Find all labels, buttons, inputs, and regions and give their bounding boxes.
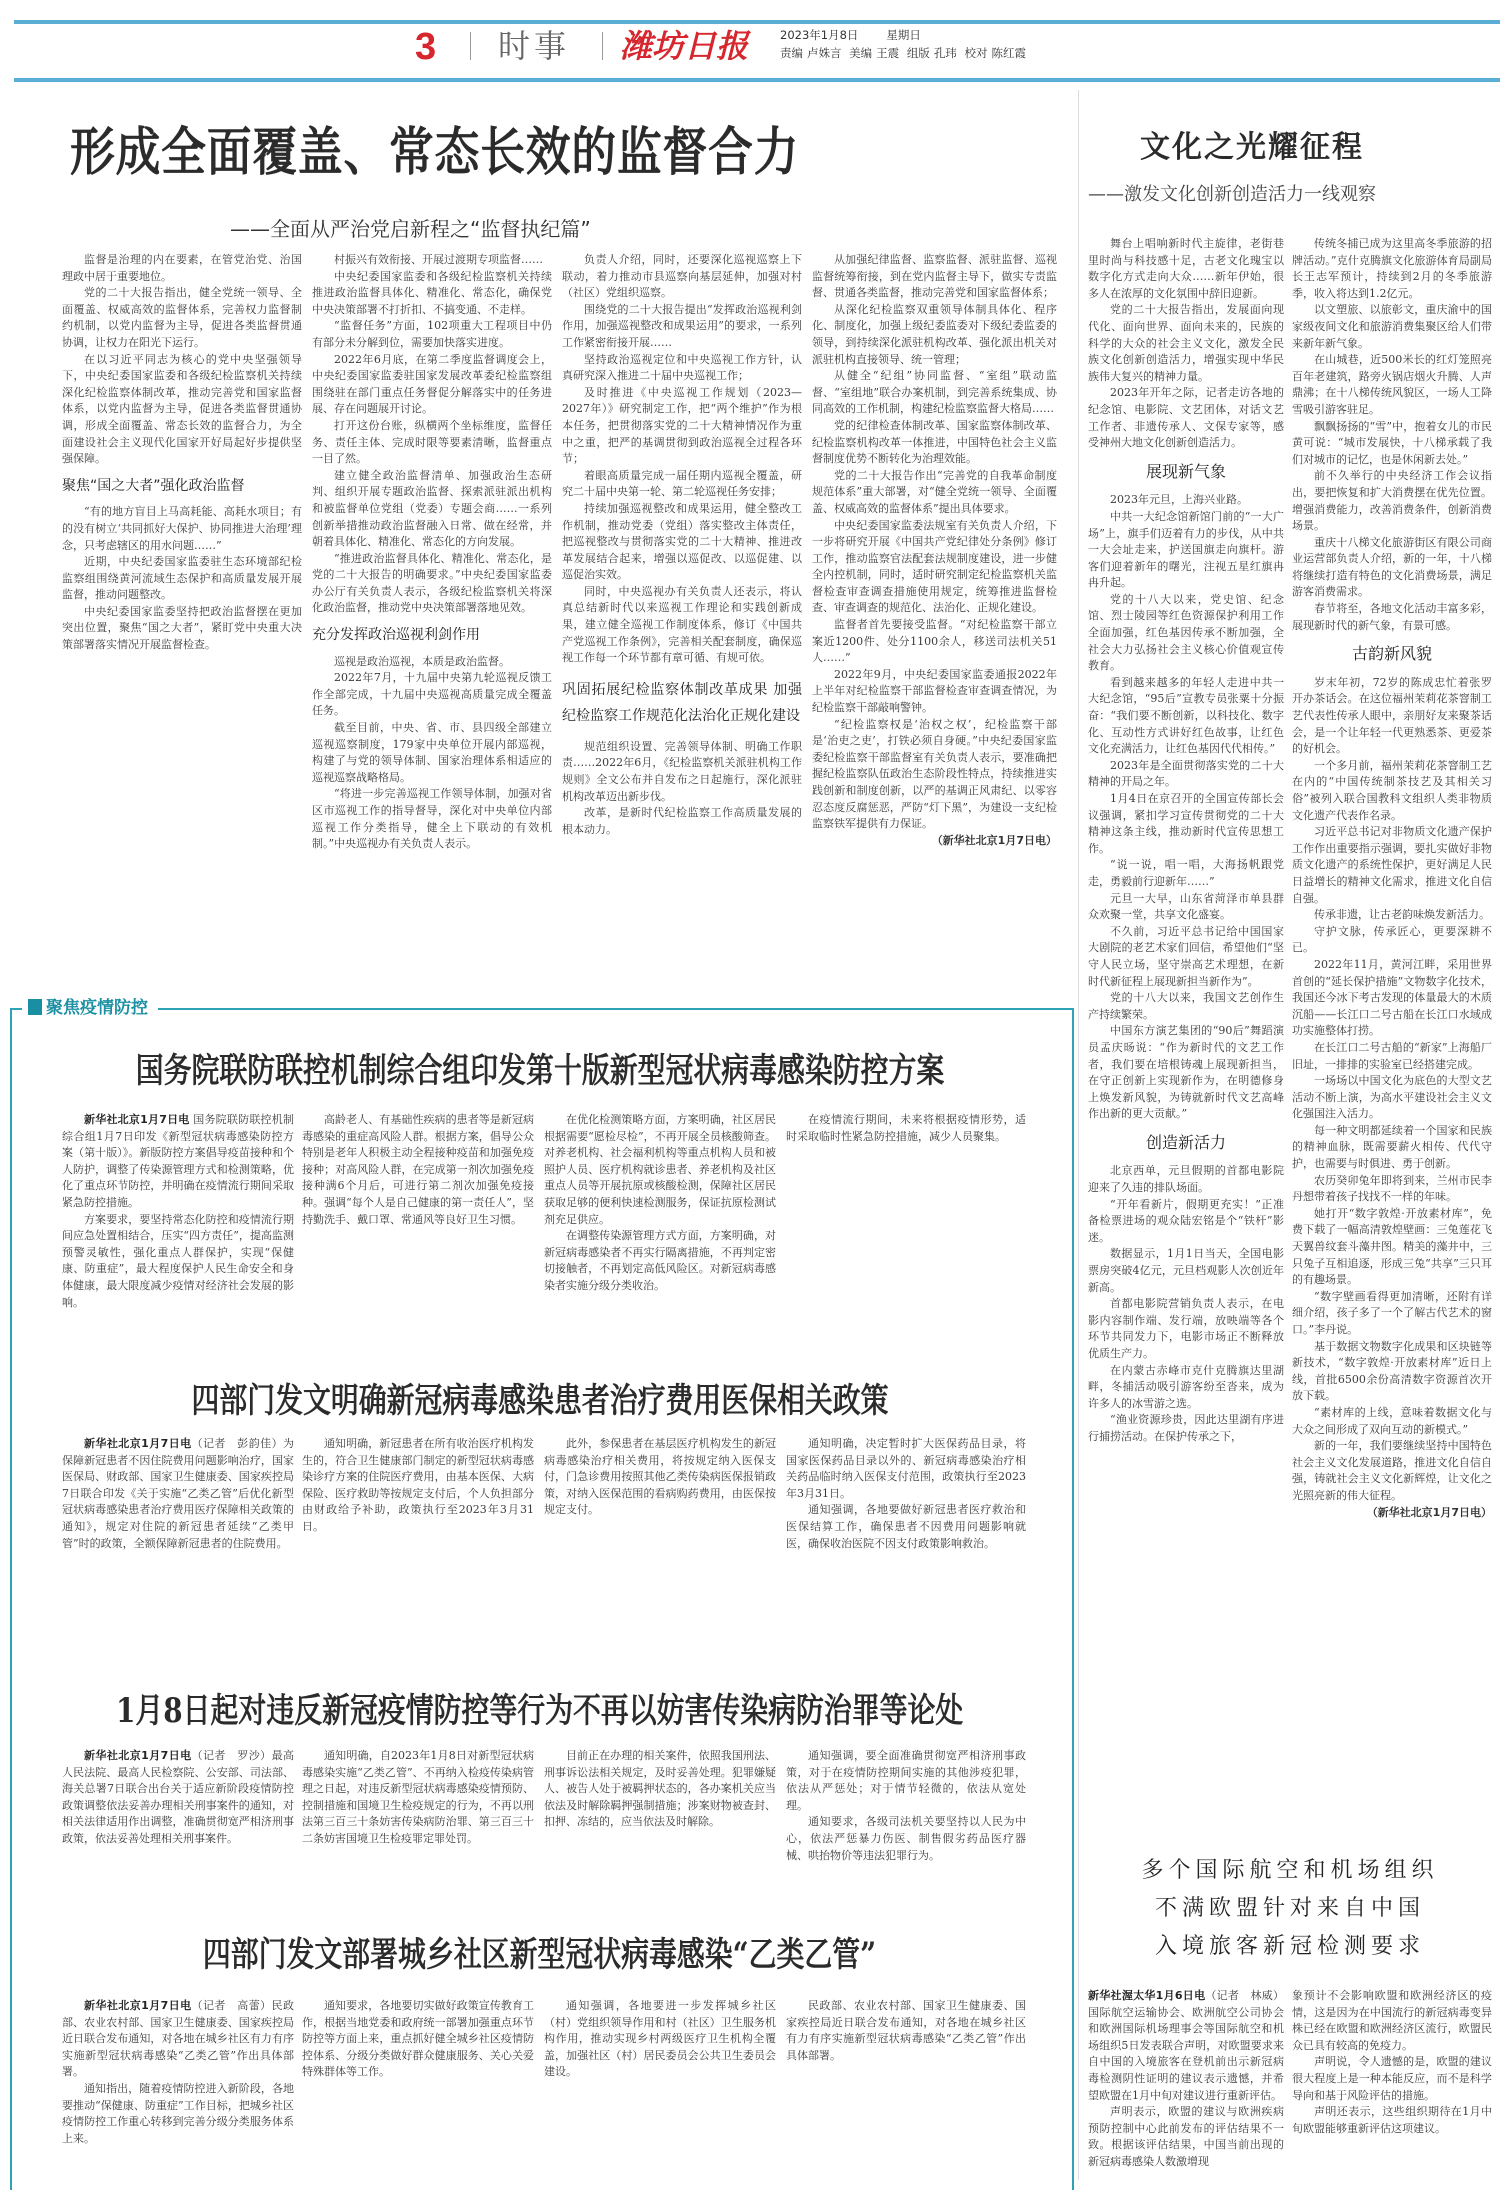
paragraph: 高龄老人、有基础性疾病的患者等是新冠病毒感染的重症高风险人群。根据方案，倡导公众… bbox=[302, 1112, 534, 1228]
masthead: 3 时事 潍坊日报 2023年1月8日星期日 责编卢姝言 美编王震 组版孔玮 校… bbox=[0, 26, 1500, 66]
staff-role: 责编 bbox=[780, 46, 803, 60]
dateline: 新华社北京1月7日电 bbox=[84, 1999, 192, 2012]
focus-article-1-col: 新华社北京1月7日电 国务院联防联控机制综合组1月7日印发《新型冠状病毒感染防控… bbox=[62, 1112, 294, 1362]
headline-text: 四部门发文明确新冠病毒感染患者治疗费用医保相关政策 bbox=[192, 1378, 889, 1424]
section-heading: 展现新气象 bbox=[1088, 464, 1284, 481]
reporter: （记者 高蕾） bbox=[192, 1999, 272, 2012]
divider bbox=[470, 32, 471, 60]
paragraph: “渔业资源珍贵，因此达里湖有序进行捕捞活动。在保护传承之下， bbox=[1088, 1412, 1284, 1445]
paragraph: 中国东方演艺集团的“90后”舞蹈演员孟庆旸说：“作为新时代的文艺工作者，我们要在… bbox=[1088, 1023, 1284, 1123]
paragraph: 打开这份台账，纵横两个坐标维度，监督任务、责任主体、完成时限等要素清晰，监督重点… bbox=[312, 418, 552, 468]
paragraph: 中央纪委国家监委坚持把政治监督摆在更加突出位置，聚焦“国之大者”，紧盯党中央重大… bbox=[62, 604, 302, 654]
paragraph: 通知要求，各级司法机关要坚持以人民为中心，依法严惩暴力伤医、制售假劣药品医疗器械… bbox=[786, 1814, 1026, 1864]
paragraph: 象预计不会影响欧盟和欧洲经济区的疫情，这是因为在中国流行的新冠病毒变异株已经在欧… bbox=[1292, 1988, 1492, 2054]
paragraph: 负责人介绍，同时，还要深化巡视巡察上下联动，着力推动市县巡察向基层延伸，加强对村… bbox=[562, 252, 802, 302]
focus-article-1-col: 高龄老人、有基础性疾病的患者等是新冠病毒感染的重症高风险人群。根据方案，倡导公众… bbox=[302, 1112, 534, 1362]
paragraph: 及时推进《中央巡视工作规划（2023—2027年）》研究制定工作，把“两个维护”… bbox=[562, 385, 802, 468]
staff-role: 校对 bbox=[964, 46, 987, 60]
focus-section-label: 聚焦疫情防控 bbox=[22, 996, 158, 1020]
paragraph: 在调整传染源管理方式方面，方案明确，对新冠病毒感染者不再实行隔离措施，不再判定密… bbox=[544, 1228, 776, 1294]
paragraph: 此外，参保患者在基层医疗机构发生的新冠病毒感染治疗相关费用，将按规定纳入医保支付… bbox=[544, 1436, 776, 1519]
focus-article-3-col: 通知明确，自2023年1月8日对新型冠状病毒感染实施“乙类乙管”、不再纳入检疫传… bbox=[302, 1748, 534, 1898]
dateline: 新华社北京1月7日电 bbox=[84, 1437, 192, 1450]
top-rule bbox=[14, 20, 1500, 24]
paragraph: “监督任务”方面，102项重大工程项目中仍有部分未分解到位，需要加快落实进度。 bbox=[312, 318, 552, 351]
focus-article-3-headline: 1月8日起对违反新冠疫情防控等行为不再以妨害传染病防治罪等论处 bbox=[20, 1688, 1060, 1734]
page-number: 3 bbox=[415, 26, 436, 68]
paragraph: 通知明确，新冠患者在所有收治医疗机构发生的，符合卫生健康部门制定的新型冠状病毒感… bbox=[302, 1436, 534, 1536]
paragraph: 中共一大纪念馆新馆门前的“一大广场”上，旗手们迈着有力的步伐，从中共一大会址走来… bbox=[1088, 509, 1284, 592]
paragraph: 2022年6月底，在第二季度监督调度会上，中央纪委国家监委驻国家发展改革委纪检监… bbox=[312, 352, 552, 418]
paragraph: 以文塑旅、以旅彰文，重庆渝中的国家级夜间文化和旅游消费集聚区给人们带来新年新气象… bbox=[1292, 302, 1492, 352]
paragraph: 党的十八大以来，党史馆、纪念馆、烈士陵园等红色资源保护利用工作全面加强，红色基因… bbox=[1088, 592, 1284, 675]
lead-headline: 形成全面覆盖、常态长效的监督合力 bbox=[70, 118, 799, 188]
paragraph: 监督是治理的内在要素，在管党治党、治国理政中居于重要地位。 bbox=[62, 252, 302, 285]
headline-line: 不满欧盟针对来自中国 bbox=[1090, 1890, 1490, 1928]
paragraph: 重庆十八梯文化旅游街区有限公司商业运营部负责人介绍，新的一年，十八梯将继续打造有… bbox=[1292, 535, 1492, 601]
focus-article-3-col: 通知强调，要全面准确贯彻宽严相济刑事政策，对于在疫情防控期间实施的其他涉疫犯罪，… bbox=[786, 1748, 1026, 1898]
paragraph: 2023年是全面贯彻落实党的二十大精神的开局之年。 bbox=[1088, 758, 1284, 791]
paragraph: 通知强调，各地要进一步发挥城乡社区（村）党组织领导作用和村（社区）卫生服务机构作… bbox=[544, 1998, 776, 2081]
paragraph: 截至目前，中央、省、市、县四级全部建立巡视巡察制度，179家中央单位开展内部巡视… bbox=[312, 720, 552, 786]
dateline: 新华社渥太华1月6日电 bbox=[1088, 1989, 1205, 2002]
paragraph: 监督者首先要接受监督。“对纪检监察干部立案近1200件、处分1100余人，移送司… bbox=[812, 617, 1057, 667]
section-heading: 充分发挥政治巡视利剑作用 bbox=[312, 627, 552, 644]
divider bbox=[602, 32, 603, 60]
paragraph: 数据显示，1月1日当天，全国电影票房突破4亿元，元旦档观影人次创近年新高。 bbox=[1088, 1246, 1284, 1296]
paragraph: 党的二十大报告指出，发展面向现代化、面向世界、面向未来的，民族的科学的大众的社会… bbox=[1088, 302, 1284, 385]
paragraph: 传统冬捕已成为这里高冬季旅游的招牌活动。”克什克腾旗文化旅游体育局副局长王志军预… bbox=[1292, 236, 1492, 302]
paragraph: 新的一年，我们要继续坚持中国特色社会主义文化发展道路，推进文化自信自强，铸就社会… bbox=[1292, 1438, 1492, 1504]
lead-column-2: 村振兴有效衔接、开展过渡期专项监督…… 中央纪委国家监委和各级纪检监察机关持续推… bbox=[312, 252, 552, 972]
paragraph: 基于数据文物数字化成果和区块链等新技术，“数字敦煌·开放素材库”近日上线，首批6… bbox=[1292, 1339, 1492, 1405]
paragraph: 飘飘扬扬的“雪”中，抱着女儿的市民黄可说：“城市发展快，十八梯承载了我们对城市的… bbox=[1292, 419, 1492, 469]
square-bullet-icon bbox=[28, 999, 42, 1015]
lead-column-1: 监督是治理的内在要素，在管党治党、治国理政中居于重要地位。 党的二十大报告指出，… bbox=[62, 252, 302, 972]
intl-headline: 多个国际航空和机场组织 不满欧盟针对来自中国 入境旅客新冠检测要求 bbox=[1090, 1852, 1490, 1966]
dateline: 新华社北京1月7日电 bbox=[84, 1113, 190, 1126]
focus-article-3-col: 新华社北京1月7日电（记者 罗沙）最高人民法院、最高人民检察院、公安部、司法部、… bbox=[62, 1748, 294, 1898]
paragraph: 在山城巷，近500米长的红灯笼照亮百年老建筑，路旁火锅店烟火升腾、人声鼎沸；在十… bbox=[1292, 352, 1492, 418]
paragraph: “素材库的上线，意味着数据文化与大众之间形成了双向互动的新模式。” bbox=[1292, 1405, 1492, 1438]
section-heading: 巩固拓展纪检监察体制改革成果 加强纪检监察工作规范化法治化正规化建设 bbox=[562, 677, 802, 729]
paragraph: 为保障新冠患者不因住院费用问题影响治疗，国家医保局、财政部、国家卫生健康委、国家… bbox=[62, 1437, 294, 1550]
staff-name: 卢姝言 bbox=[807, 46, 842, 60]
column-divider bbox=[1078, 90, 1079, 2180]
culture-column-2: 传统冬捕已成为这里高冬季旅游的招牌活动。”克什克腾旗文化旅游体育局副局长王志军预… bbox=[1292, 236, 1492, 1836]
paragraph: 近期，中央纪委国家监委驻生态环境部纪检监察组围绕黄河流域生态保护和高质量发展开展… bbox=[62, 554, 302, 604]
focus-article-2-col: 此外，参保患者在基层医疗机构发生的新冠病毒感染治疗相关费用，将按规定纳入医保支付… bbox=[544, 1436, 776, 1651]
paragraph: 同时，中央巡视办有关负责人还表示，将认真总结新时代以来巡视工作理论和实践创新成果… bbox=[562, 584, 802, 667]
paragraph: 持续加强巡视整改和成果运用，健全整改工作机制，推动党委（党组）落实整改主体责任，… bbox=[562, 501, 802, 584]
paper-logo: 潍坊日报 bbox=[620, 26, 748, 66]
paragraph: 2022年9月，中央纪委国家监委通报2022年上半年对纪检监察干部监督检查审查调… bbox=[812, 667, 1057, 717]
paragraph: 规范组织设置、完善领导体制、明确工作职责……2022年6月，《纪检监察机关派驻机… bbox=[562, 739, 802, 805]
paragraph: 民政部、农业农村部、国家卫生健康委、国家疾控局近日联合发布通知，对各地在城乡社区… bbox=[786, 1998, 1026, 2064]
paragraph: “有的地方盲目上马高耗能、高耗水项目；有的没有树立‘共同抓好大保护、协同推进大治… bbox=[62, 504, 302, 554]
focus-article-4-col: 民政部、农业农村部、国家卫生健康委、国家疾控局近日联合发布通知，对各地在城乡社区… bbox=[786, 1998, 1026, 2188]
paragraph: 中央纪委国家监委和各级纪检监察机关持续推进政治监督具体化、精准化、常态化，确保党… bbox=[312, 269, 552, 319]
paragraph: 最高人民法院、最高人民检察院、公安部、司法部、海关总署7日联合出台关于适应新阶段… bbox=[62, 1749, 294, 1845]
paragraph: 方案要求，要坚持常态化防控和疫情流行期间应急处置相结合，压实“四方责任”，提高监… bbox=[62, 1212, 294, 1312]
masthead-bottom-rule bbox=[14, 78, 1500, 82]
section-heading: 创造新活力 bbox=[1088, 1135, 1284, 1152]
paragraph: 习近平总书记对非物质文化遗产保护工作作出重要指示强调，要扎实做好非物质文化遗产的… bbox=[1292, 824, 1492, 907]
paragraph: 农历癸卯兔年即将到来，兰州市民李丹想带着孩子找找不一样的年味。 bbox=[1292, 1173, 1492, 1206]
paragraph: 春节将至，各地文化活动丰富多彩，展现新时代的新气象，有景可感。 bbox=[1292, 601, 1492, 634]
focus-article-1-col: 在优化检测策略方面，方案明确，社区居民根据需要“愿检尽检”，不再开展全员核酸筛查… bbox=[544, 1112, 776, 1362]
paragraph: 在长江口二号古船的“新家”上海船厂旧址，一排排的实验室已经搭建完成。 bbox=[1292, 1040, 1492, 1073]
focus-article-4-col: 通知要求，各地要切实做好政策宣传教育工作，根据当地党委和政府统一部署加强重点环节… bbox=[302, 1998, 534, 2188]
paragraph: “开年看新片，假期更充实！”正准备检票进场的观众陆宏铭是个“铁杆”影迷。 bbox=[1088, 1197, 1284, 1247]
paragraph: 中央纪委国家监委法规室有关负责人介绍，下一步将研究开展《中国共产党纪律处分条例》… bbox=[812, 518, 1057, 618]
paragraph: 声明表示，欧盟的建议与欧洲疾病预防控制中心此前发布的评估结果不一致。根据该评估结… bbox=[1088, 2104, 1284, 2170]
paragraph: “推进政治监督具体化、精准化、常态化，是党的二十大报告的明确要求。”中央纪委国家… bbox=[312, 551, 552, 617]
paragraph: 在疫情流行期间，未来将根据疫情形势，适时采取临时性紧急防控措施，减少人员聚集。 bbox=[786, 1112, 1026, 1145]
focus-article-4-headline: 四部门发文部署城乡社区新型冠状病毒感染“乙类乙管” bbox=[20, 1932, 1060, 1978]
paragraph: 从加强纪律监督、监察监督、派驻监督、巡视监督统筹衔接，到在党内监督主导下，做实专… bbox=[812, 252, 1057, 302]
paragraph: 村振兴有效衔接、开展过渡期专项监督…… bbox=[312, 252, 552, 269]
headline-line: 入境旅客新冠检测要求 bbox=[1090, 1928, 1490, 1966]
focus-article-3-col: 目前正在办理的相关案件，依照我国刑法、刑事诉讼法相关规定，及时妥善处理。犯罪嫌疑… bbox=[544, 1748, 776, 1898]
paragraph: 2023年元旦，上海兴业路。 bbox=[1088, 492, 1284, 509]
paragraph: 党的纪律检查体制改革、国家监察体制改革、纪检监察机构改革一体推进，中国特色社会主… bbox=[812, 418, 1057, 468]
lead-column-4: 从加强纪律监督、监察监督、派驻监督、巡视监督统筹衔接，到在党内监督主导下，做实专… bbox=[812, 252, 1057, 977]
lead-column-3: 负责人介绍，同时，还要深化巡视巡察上下联动，着力推动市县巡察向基层延伸，加强对村… bbox=[562, 252, 802, 972]
dateline: 新华社北京1月7日电 bbox=[84, 1749, 192, 1762]
paragraph: 舞台上唱响新时代主旋律，老街巷里时尚与科技感十足，古老文化瑰宝以数字化方式走向大… bbox=[1088, 236, 1284, 302]
staff-role: 组版 bbox=[907, 46, 930, 60]
focus-article-4-col: 通知强调，各地要进一步发挥城乡社区（村）党组织领导作用和村（社区）卫生服务机构作… bbox=[544, 1998, 776, 2188]
paragraph: 2022年7月，十九届中央第九轮巡视反馈工作全部完成，十九届中央巡视高质量完成全… bbox=[312, 670, 552, 720]
paragraph: 着眼高质量完成一届任期内巡视全覆盖，研究二十届中央第一轮、第二轮巡视任务安排； bbox=[562, 468, 802, 501]
culture-subhead: ——激发文化创新创造活力一线观察 bbox=[1088, 182, 1376, 208]
paragraph: 元旦一大早，山东省菏泽市单县群众欢聚一堂，共享文化盛宴。 bbox=[1088, 891, 1284, 924]
intl-column-1: 新华社渥太华1月6日电（记者 林威）国际航空运输协会、欧洲航空公司协会和欧洲国际… bbox=[1088, 1988, 1284, 2188]
paragraph: 不久前，习近平总书记给中国国家大剧院的老艺术家们回信，希望他们“坚守人民立场，坚… bbox=[1088, 924, 1284, 990]
section-name: 时事 bbox=[498, 28, 570, 64]
paragraph: 通知要求，各地要切实做好政策宣传教育工作，根据当地党委和政府统一部署加强重点环节… bbox=[302, 1998, 534, 2081]
paragraph: 北京西单，元旦假期的首都电影院迎来了久违的排队场面。 bbox=[1088, 1163, 1284, 1196]
focus-label-text: 聚焦疫情防控 bbox=[46, 998, 148, 1018]
article-credit: （新华社北京1月7日电） bbox=[1292, 1505, 1492, 1522]
paragraph: 国际航空运输协会、欧洲航空公司协会和欧洲国际机场理事会等国际航空和机场组织5日发… bbox=[1088, 2006, 1284, 2102]
paragraph: 从健全“纪组”协同监督、“室组”联动监督、“室组地”联合办案机制，到完善系统集成… bbox=[812, 368, 1057, 418]
paragraph: 通知指出，随着疫情防控进入新阶段，各地要推动“保健康、防重症”工作目标，把城乡社… bbox=[62, 2081, 294, 2147]
paragraph: 在优化检测策略方面，方案明确，社区居民根据需要“愿检尽检”，不再开展全员核酸筛查… bbox=[544, 1112, 776, 1228]
paragraph: 通知强调，要全面准确贯彻宽严相济刑事政策，对于在疫情防控期间实施的其他涉疫犯罪，… bbox=[786, 1748, 1026, 1814]
paragraph: 巡视是政治巡视，本质是政治监督。 bbox=[312, 654, 552, 671]
section-heading: 聚焦“国之大者”强化政治监督 bbox=[62, 478, 302, 495]
staff-role: 美编 bbox=[849, 46, 872, 60]
headline-text: 1月8日起对违反新冠疫情防控等行为不再以妨害传染病防治罪等论处 bbox=[116, 1688, 963, 1734]
paragraph: 2023年开年之际，记者走访各地的纪念馆、电影院、文艺团体，对话文艺工作者、非遗… bbox=[1088, 385, 1284, 451]
paragraph: “说一说，唱一唱，大海扬帆跟党走，勇毅前行迎新年……” bbox=[1088, 857, 1284, 890]
staff-name: 王震 bbox=[876, 46, 899, 60]
paragraph: 坚持政治巡视定位和中央巡视工作方针，认真研究深入推进二十届中央巡视工作； bbox=[562, 352, 802, 385]
paragraph: 声明说，令人遗憾的是，欧盟的建议很大程度上是一种本能反应，而不是科学导向和基于风… bbox=[1292, 2054, 1492, 2104]
headline-text: 国务院联防联控机制综合组印发第十版新型冠状病毒感染防控方案 bbox=[136, 1048, 945, 1094]
reporter: （记者 彭韵佳） bbox=[192, 1437, 283, 1450]
focus-article-2-col: 新华社北京1月7日电（记者 彭韵佳）为保障新冠患者不因住院费用问题影响治疗，国家… bbox=[62, 1436, 294, 1651]
paragraph: 国务院联防联控机制综合组1月7日印发《新型冠状病毒感染防控方案（第十版）》。新版… bbox=[62, 1113, 294, 1209]
focus-article-2-col: 通知明确，新冠患者在所有收治医疗机构发生的，符合卫生健康部门制定的新型冠状病毒感… bbox=[302, 1436, 534, 1651]
lead-subhead: ——全面从严治党启新程之“监督执纪篇” bbox=[230, 215, 591, 243]
paragraph: 围绕党的二十大报告提出“发挥政治巡视利剑作用，加强巡视整改和成果运用”的要求，一… bbox=[562, 302, 802, 352]
culture-headline: 文化之光耀征程 bbox=[1140, 128, 1364, 168]
paragraph: 每一种文明都延续着一个国家和民族的精神血脉，既需要薪火相传、代代守护，也需要与时… bbox=[1292, 1123, 1492, 1173]
article-credit: （新华社北京1月7日电） bbox=[812, 833, 1057, 850]
paragraph: 目前正在办理的相关案件，依照我国刑法、刑事诉讼法相关规定，及时妥善处理。犯罪嫌疑… bbox=[544, 1748, 776, 1831]
focus-article-4-col: 新华社北京1月7日电（记者 高蕾）民政部、农业农村部、国家卫生健康委、国家疾控局… bbox=[62, 1998, 294, 2188]
staff-name: 孔玮 bbox=[934, 46, 957, 60]
paragraph: 改革，是新时代纪检监察工作高质量发展的根本动力。 bbox=[562, 805, 802, 838]
issue-weekday: 星期日 bbox=[886, 28, 921, 42]
paragraph: 看到越来越多的年轻人走进中共一大纪念馆，“95后”宣教专员张粟十分振奋：“我们要… bbox=[1088, 675, 1284, 758]
paragraph: 通知明确，决定暂时扩大医保药品目录，将国家医保药品目录以外的、新冠病毒感染治疗相… bbox=[786, 1436, 1026, 1502]
paragraph: 传承非遗，让古老韵味焕发新活力。 bbox=[1292, 907, 1492, 924]
paragraph: 通知明确，自2023年1月8日对新型冠状病毒感染实施“乙类乙管”、不再纳入检疫传… bbox=[302, 1748, 534, 1848]
paragraph: 2022年11月，黄河江畔，采用世界首创的“延长保护措施”文物数字化技术，我国还… bbox=[1292, 957, 1492, 1040]
section-heading: 古韵新风貌 bbox=[1292, 646, 1492, 663]
paragraph: 声明还表示，这些组织期待在1月中旬欧盟能够重新评估这项建议。 bbox=[1292, 2104, 1492, 2137]
paragraph: 在内蒙古赤峰市克什克腾旗达里湖畔，冬捕活动吸引游客纷至沓来，成为许多人的冰雪游之… bbox=[1088, 1363, 1284, 1413]
paragraph: 党的二十大报告指出，健全党统一领导、全面覆盖、权威高效的监督体系，完善权力监督制… bbox=[62, 285, 302, 351]
paragraph: 守护文脉，传承匠心，更要深耕不已。 bbox=[1292, 924, 1492, 957]
paragraph: 在以习近平同志为核心的党中央坚强领导下，中央纪委国家监委和各级纪检监察机关持续深… bbox=[62, 352, 302, 468]
paragraph: 党的二十大报告作出“完善党的自我革命制度规范体系”重大部署，对“健全党统一领导、… bbox=[812, 468, 1057, 518]
paragraph: 一个多月前，福州茉莉花茶窨制工艺在内的“中国传统制茶技艺及其相关习俗”被列入联合… bbox=[1292, 758, 1492, 824]
paragraph: 党的十八大以来，我国文艺创作生产持续繁荣。 bbox=[1088, 990, 1284, 1023]
staff-name: 陈红霞 bbox=[991, 46, 1026, 60]
reporter: （记者 罗沙） bbox=[192, 1749, 272, 1762]
headline-text: 四部门发文部署城乡社区新型冠状病毒感染“乙类乙管” bbox=[203, 1932, 876, 1978]
paragraph: 前不久举行的中央经济工作会议指出，要把恢复和扩大消费摆在优先位置。增强消费能力，… bbox=[1292, 468, 1492, 534]
focus-article-1-col: 在疫情流行期间，未来将根据疫情形势，适时采取临时性紧急防控措施，减少人员聚集。 bbox=[786, 1112, 1026, 1362]
headline-line: 多个国际航空和机场组织 bbox=[1090, 1852, 1490, 1890]
intl-column-2: 象预计不会影响欧盟和欧洲经济区的疫情，这是因为在中国流行的新冠病毒变异株已经在欧… bbox=[1292, 1988, 1492, 2188]
paragraph: 1月4日在京召开的全国宣传部长会议强调，紧扣学习宣传贯彻党的二十大精神这条主线，… bbox=[1088, 791, 1284, 857]
paragraph: 建立健全政治监督清单、加强政治生态研判、组织开展专题政治监督、探索派驻派出机构和… bbox=[312, 468, 552, 551]
focus-article-2-headline: 四部门发文明确新冠病毒感染患者治疗费用医保相关政策 bbox=[20, 1378, 1060, 1424]
paragraph: 通知强调，各地要做好新冠患者医疗救治和医保结算工作，确保患者不因费用问题影响就医… bbox=[786, 1502, 1026, 1552]
paragraph: 岁末年初，72岁的陈成忠忙着张罗开办茶话会。在这位福州茉莉花茶窨制工艺代表性传承… bbox=[1292, 675, 1492, 758]
paragraph: “纪检监察权是‘治权之权’，纪检监察干部是‘治吏之吏’，打铁必须自身硬。”中央纪… bbox=[812, 717, 1057, 833]
focus-article-1-headline: 国务院联防联控机制综合组印发第十版新型冠状病毒感染防控方案 bbox=[20, 1048, 1060, 1094]
reporter: （记者 林威） bbox=[1205, 1989, 1284, 2002]
issue-meta: 2023年1月8日星期日 责编卢姝言 美编王震 组版孔玮 校对陈红霞 bbox=[780, 26, 1030, 62]
paragraph: 她打开“数字敦煌·开放素材库”，免费下载了一幅高清敦煌壁画：三兔莲花飞天翼兽纹套… bbox=[1292, 1206, 1492, 1289]
paragraph: “将进一步完善巡视工作领导体制，加强对省区市巡视工作的指导督导，深化对中央单位内… bbox=[312, 786, 552, 852]
paragraph: “数字壁画看得更加清晰，还附有详细介绍，孩子多了一个了解古代艺术的窗口。”李丹说… bbox=[1292, 1289, 1492, 1339]
focus-article-2-col: 通知明确，决定暂时扩大医保药品目录，将国家医保药品目录以外的、新冠病毒感染治疗相… bbox=[786, 1436, 1026, 1651]
issue-date: 2023年1月8日 bbox=[780, 28, 858, 42]
paragraph: 一场场以中国文化为底色的大型文艺活动不断上演，为高水平建设社会主义文化强国注入活… bbox=[1292, 1073, 1492, 1123]
paragraph: 从深化纪检监察双重领导体制具体化、程序化、制度化，加强上级纪委监委对下级纪委监委… bbox=[812, 302, 1057, 368]
culture-column-1: 舞台上唱响新时代主旋律，老街巷里时尚与科技感十足，古老文化瑰宝以数字化方式走向大… bbox=[1088, 236, 1284, 1836]
paragraph: 首都电影院营销负责人表示，在电影内容制作端、发行端，放映端等各个环节共同发力下，… bbox=[1088, 1296, 1284, 1362]
